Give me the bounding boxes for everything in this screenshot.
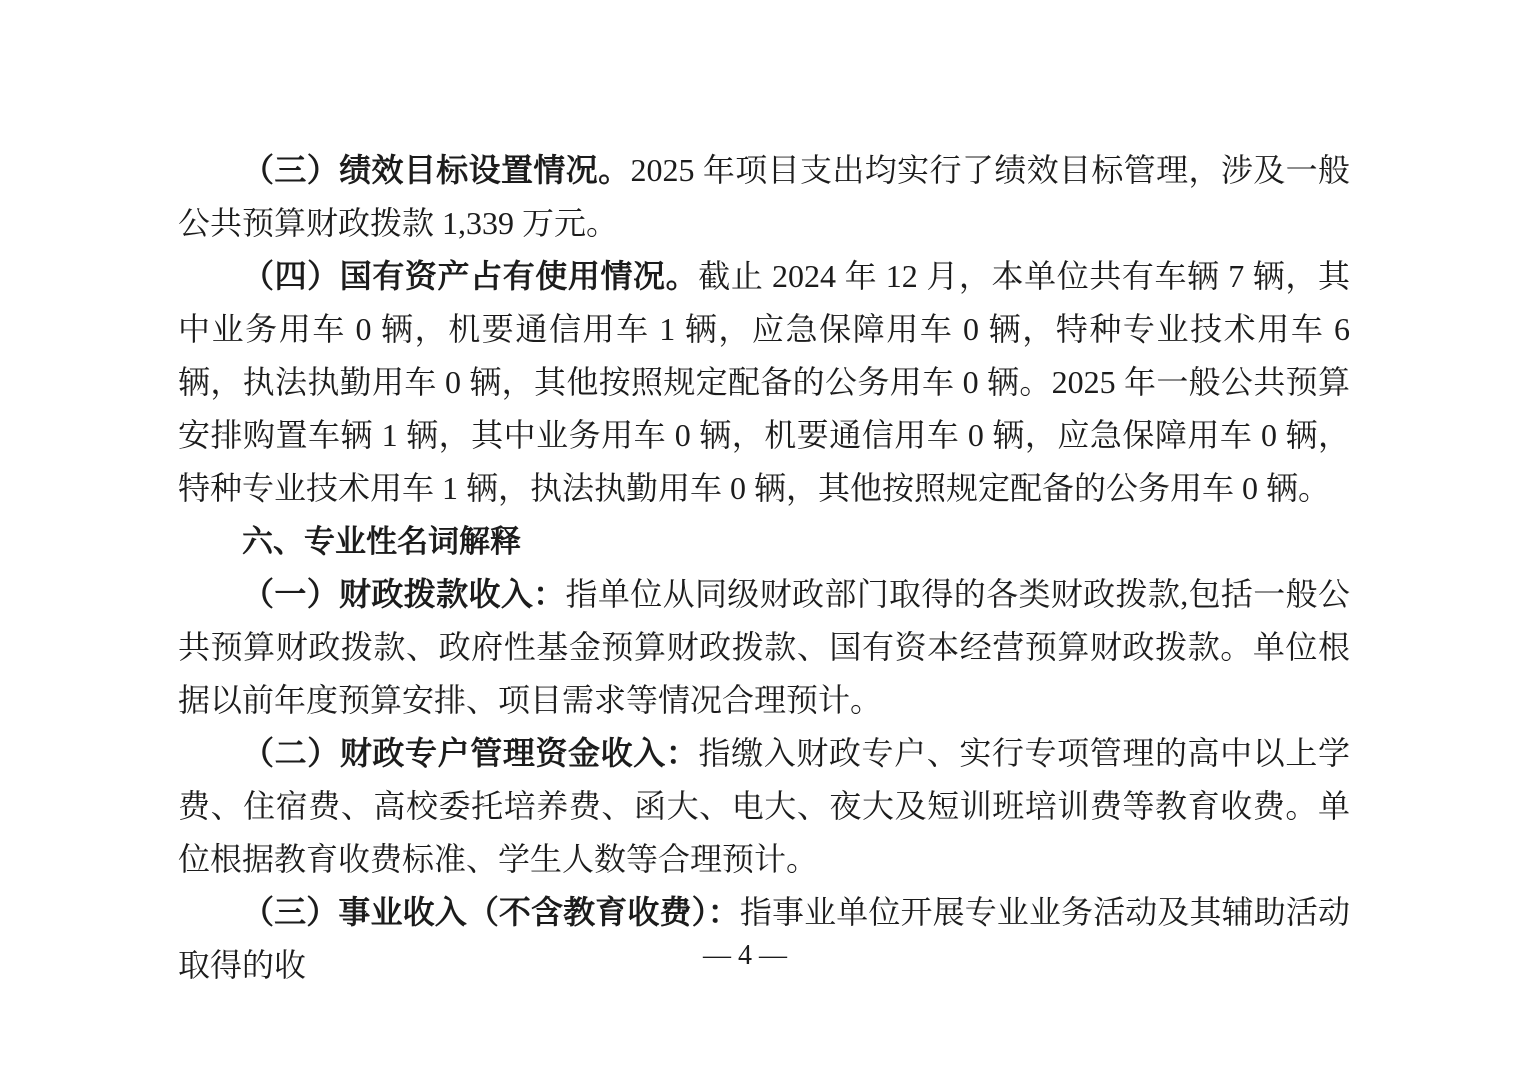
term-fiscal-appropriation-income: （一）财政拨款收入：指单位从同级财政部门取得的各类财政拨款,包括一般公共预算财政… [178, 568, 1350, 727]
paragraph-text: 截止 2024 年 12 月，本单位共有车辆 7 辆，其中业务用车 0 辆，机要… [178, 258, 1350, 506]
paragraph-lead: （三）绩效目标设置情况。 [242, 152, 631, 188]
paragraph-state-assets: （四）国有资产占有使用情况。截止 2024 年 12 月，本单位共有车辆 7 辆… [178, 250, 1350, 515]
paragraph-lead: （二）财政专户管理资金收入： [242, 735, 698, 771]
document-page: （三）绩效目标设置情况。2025 年项目支出均实行了绩效目标管理，涉及一般公共预… [0, 0, 1520, 1074]
paragraph-lead: （一）财政拨款收入： [242, 576, 566, 612]
section-heading-glossary: 六、专业性名词解释 [178, 515, 1350, 568]
term-fiscal-account-income: （二）财政专户管理资金收入：指缴入财政专户、实行专项管理的高中以上学费、住宿费、… [178, 727, 1350, 886]
paragraph-performance-goals: （三）绩效目标设置情况。2025 年项目支出均实行了绩效目标管理，涉及一般公共预… [178, 144, 1350, 250]
paragraph-lead: （四）国有资产占有使用情况。 [242, 258, 698, 294]
page-footer: — 4 — [0, 938, 1490, 974]
page-number: — 4 — [703, 940, 787, 971]
document-body: （三）绩效目标设置情况。2025 年项目支出均实行了绩效目标管理，涉及一般公共预… [178, 144, 1350, 992]
paragraph-lead: （三）事业收入（不含教育收费）： [242, 894, 740, 930]
